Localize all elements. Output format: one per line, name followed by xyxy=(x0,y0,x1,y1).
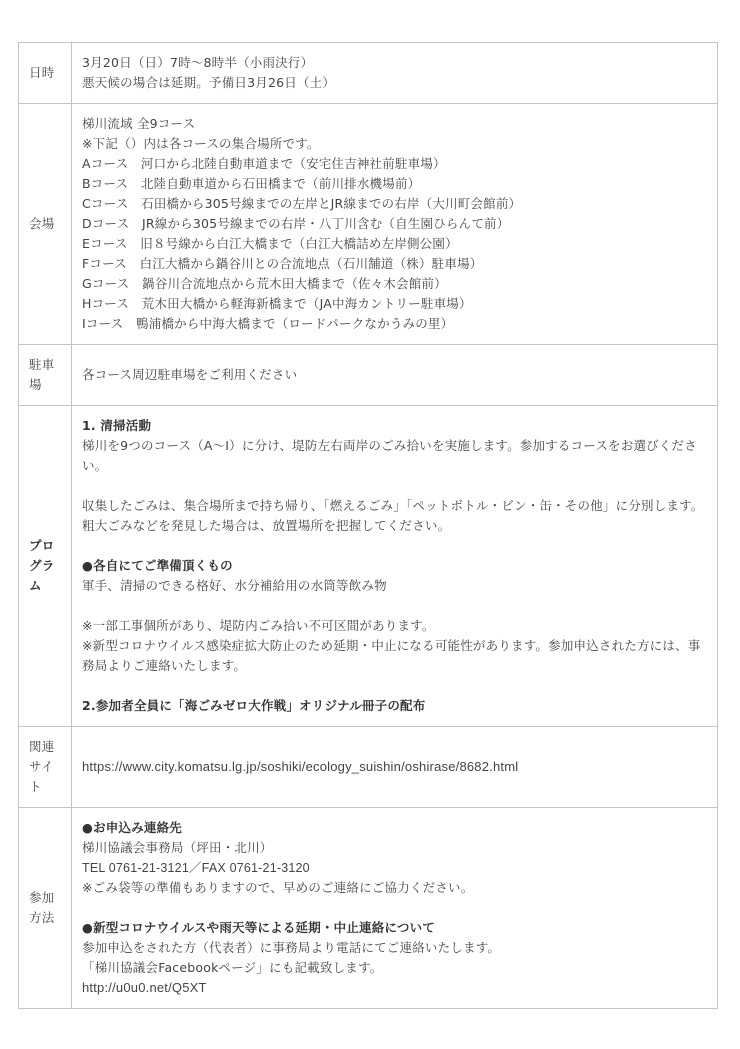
section-title-cleanup: 1. 清掃活動 xyxy=(82,416,707,436)
label-program: プログラム xyxy=(19,406,72,727)
course-item: Gコース 鍋谷川合流地点から荒木田大橋まで（佐々木会館前） xyxy=(82,274,707,294)
row-program: プログラム 1. 清掃活動 梯川を9つのコース（A～I）に分け、堤防左右両岸のご… xyxy=(19,406,718,727)
venue-intro: 梯川流域 全9コース xyxy=(82,114,707,134)
facebook-link[interactable]: http://u0u0.net/Q5XT xyxy=(82,978,707,998)
sorting-description: 収集したごみは、集合場所まで持ち帰り、「燃えるごみ」「ペットボトル・ビン・缶・そ… xyxy=(82,496,707,536)
content-related-site: https://www.city.komatsu.lg.jp/soshiki/e… xyxy=(72,727,718,808)
course-item: Dコース JR線から305号線までの右岸・八丁川含む（自生園ひらんて前） xyxy=(82,214,707,234)
contact-note: ※ごみ袋等の準備もありますので、早めのご連絡にご協力ください。 xyxy=(82,878,707,898)
label-parking: 駐車場 xyxy=(19,345,72,406)
bring-items-title: ●各自にてご準備頂くもの xyxy=(82,556,707,576)
course-item: Eコース 旧８号線から白江大橋まで（白江大橋詰め左岸側公園） xyxy=(82,234,707,254)
postpone-title: ●新型コロナウイルスや雨天等による延期・中止連絡について xyxy=(82,918,707,938)
spacer xyxy=(82,536,707,556)
contact-phone-fax: TEL 0761-21-3121／FAX 0761-21-3120 xyxy=(82,858,707,878)
covid-note: ※新型コロナウイルス感染症拡大防止のため延期・中止になる可能性があります。参加申… xyxy=(82,636,707,676)
course-item: Fコース 白江大橋から鍋谷川との合流地点（石川舗道（株）駐車場） xyxy=(82,254,707,274)
label-how-to-apply: 参加方法 xyxy=(19,808,72,1009)
event-info-table: 日時 3月20日（日）7時～8時半（小雨決行） 悪天候の場合は延期。予備日3月2… xyxy=(18,42,718,1009)
spacer xyxy=(82,476,707,496)
event-date: 3月20日（日）7時～8時半（小雨決行） xyxy=(82,53,707,73)
spacer xyxy=(82,596,707,616)
label-venue: 会場 xyxy=(19,104,72,345)
row-datetime: 日時 3月20日（日）7時～8時半（小雨決行） 悪天候の場合は延期。予備日3月2… xyxy=(19,43,718,104)
row-venue: 会場 梯川流域 全9コース ※下記（）内は各コースの集合場所です。 Aコース 河… xyxy=(19,104,718,345)
cleanup-description: 梯川を9つのコース（A～I）に分け、堤防左右両岸のごみ拾いを実施します。参加する… xyxy=(82,436,707,476)
content-parking: 各コース周辺駐車場をご利用ください xyxy=(72,345,718,406)
course-item: Hコース 荒木田大橋から軽海新橋まで（JA中海カントリー駐車場） xyxy=(82,294,707,314)
rain-date: 悪天候の場合は延期。予備日3月26日（土） xyxy=(82,73,707,93)
row-how-to-apply: 参加方法 ●お申込み連絡先 梯川協議会事務局（坪田・北川） TEL 0761-2… xyxy=(19,808,718,1009)
spacer xyxy=(82,898,707,918)
bring-items-text: 軍手、清掃のできる格好、水分補給用の水筒等飲み物 xyxy=(82,576,707,596)
label-datetime: 日時 xyxy=(19,43,72,104)
content-how-to-apply: ●お申込み連絡先 梯川協議会事務局（坪田・北川） TEL 0761-21-312… xyxy=(72,808,718,1009)
spacer xyxy=(82,676,707,696)
contact-title: ●お申込み連絡先 xyxy=(82,818,707,838)
related-site-link[interactable]: https://www.city.komatsu.lg.jp/soshiki/e… xyxy=(82,759,518,774)
course-item: Cコース 石田橋から305号線までの左岸とJR線までの右岸（大川町会館前） xyxy=(82,194,707,214)
parking-text: 各コース周辺駐車場をご利用ください xyxy=(82,365,707,385)
course-item: Iコース 鴨浦橋から中海大橋まで（ロードパークなかうみの里） xyxy=(82,314,707,334)
row-related-site: 関連サイト https://www.city.komatsu.lg.jp/sos… xyxy=(19,727,718,808)
section-title-booklet: 2.参加者全員に「海ごみゼロ大作戦」オリジナル冊子の配布 xyxy=(82,696,707,716)
contact-office: 梯川協議会事務局（坪田・北川） xyxy=(82,838,707,858)
content-venue: 梯川流域 全9コース ※下記（）内は各コースの集合場所です。 Aコース 河口から… xyxy=(72,104,718,345)
construction-note: ※一部工事個所があり、堤防内ごみ拾い不可区間があります。 xyxy=(82,616,707,636)
content-program: 1. 清掃活動 梯川を9つのコース（A～I）に分け、堤防左右両岸のごみ拾いを実施… xyxy=(72,406,718,727)
facebook-text: 「梯川協議会Facebookページ」にも記載致します。 xyxy=(82,958,707,978)
postpone-text: 参加申込をされた方（代表者）に事務局より電話にてご連絡いたします。 xyxy=(82,938,707,958)
row-parking: 駐車場 各コース周辺駐車場をご利用ください xyxy=(19,345,718,406)
venue-note: ※下記（）内は各コースの集合場所です。 xyxy=(82,134,707,154)
content-datetime: 3月20日（日）7時～8時半（小雨決行） 悪天候の場合は延期。予備日3月26日（… xyxy=(72,43,718,104)
label-related-site: 関連サイト xyxy=(19,727,72,808)
course-item: Aコース 河口から北陸自動車道まで（安宅住吉神社前駐車場） xyxy=(82,154,707,174)
course-item: Bコース 北陸自動車道から石田橋まで（前川排水機場前） xyxy=(82,174,707,194)
